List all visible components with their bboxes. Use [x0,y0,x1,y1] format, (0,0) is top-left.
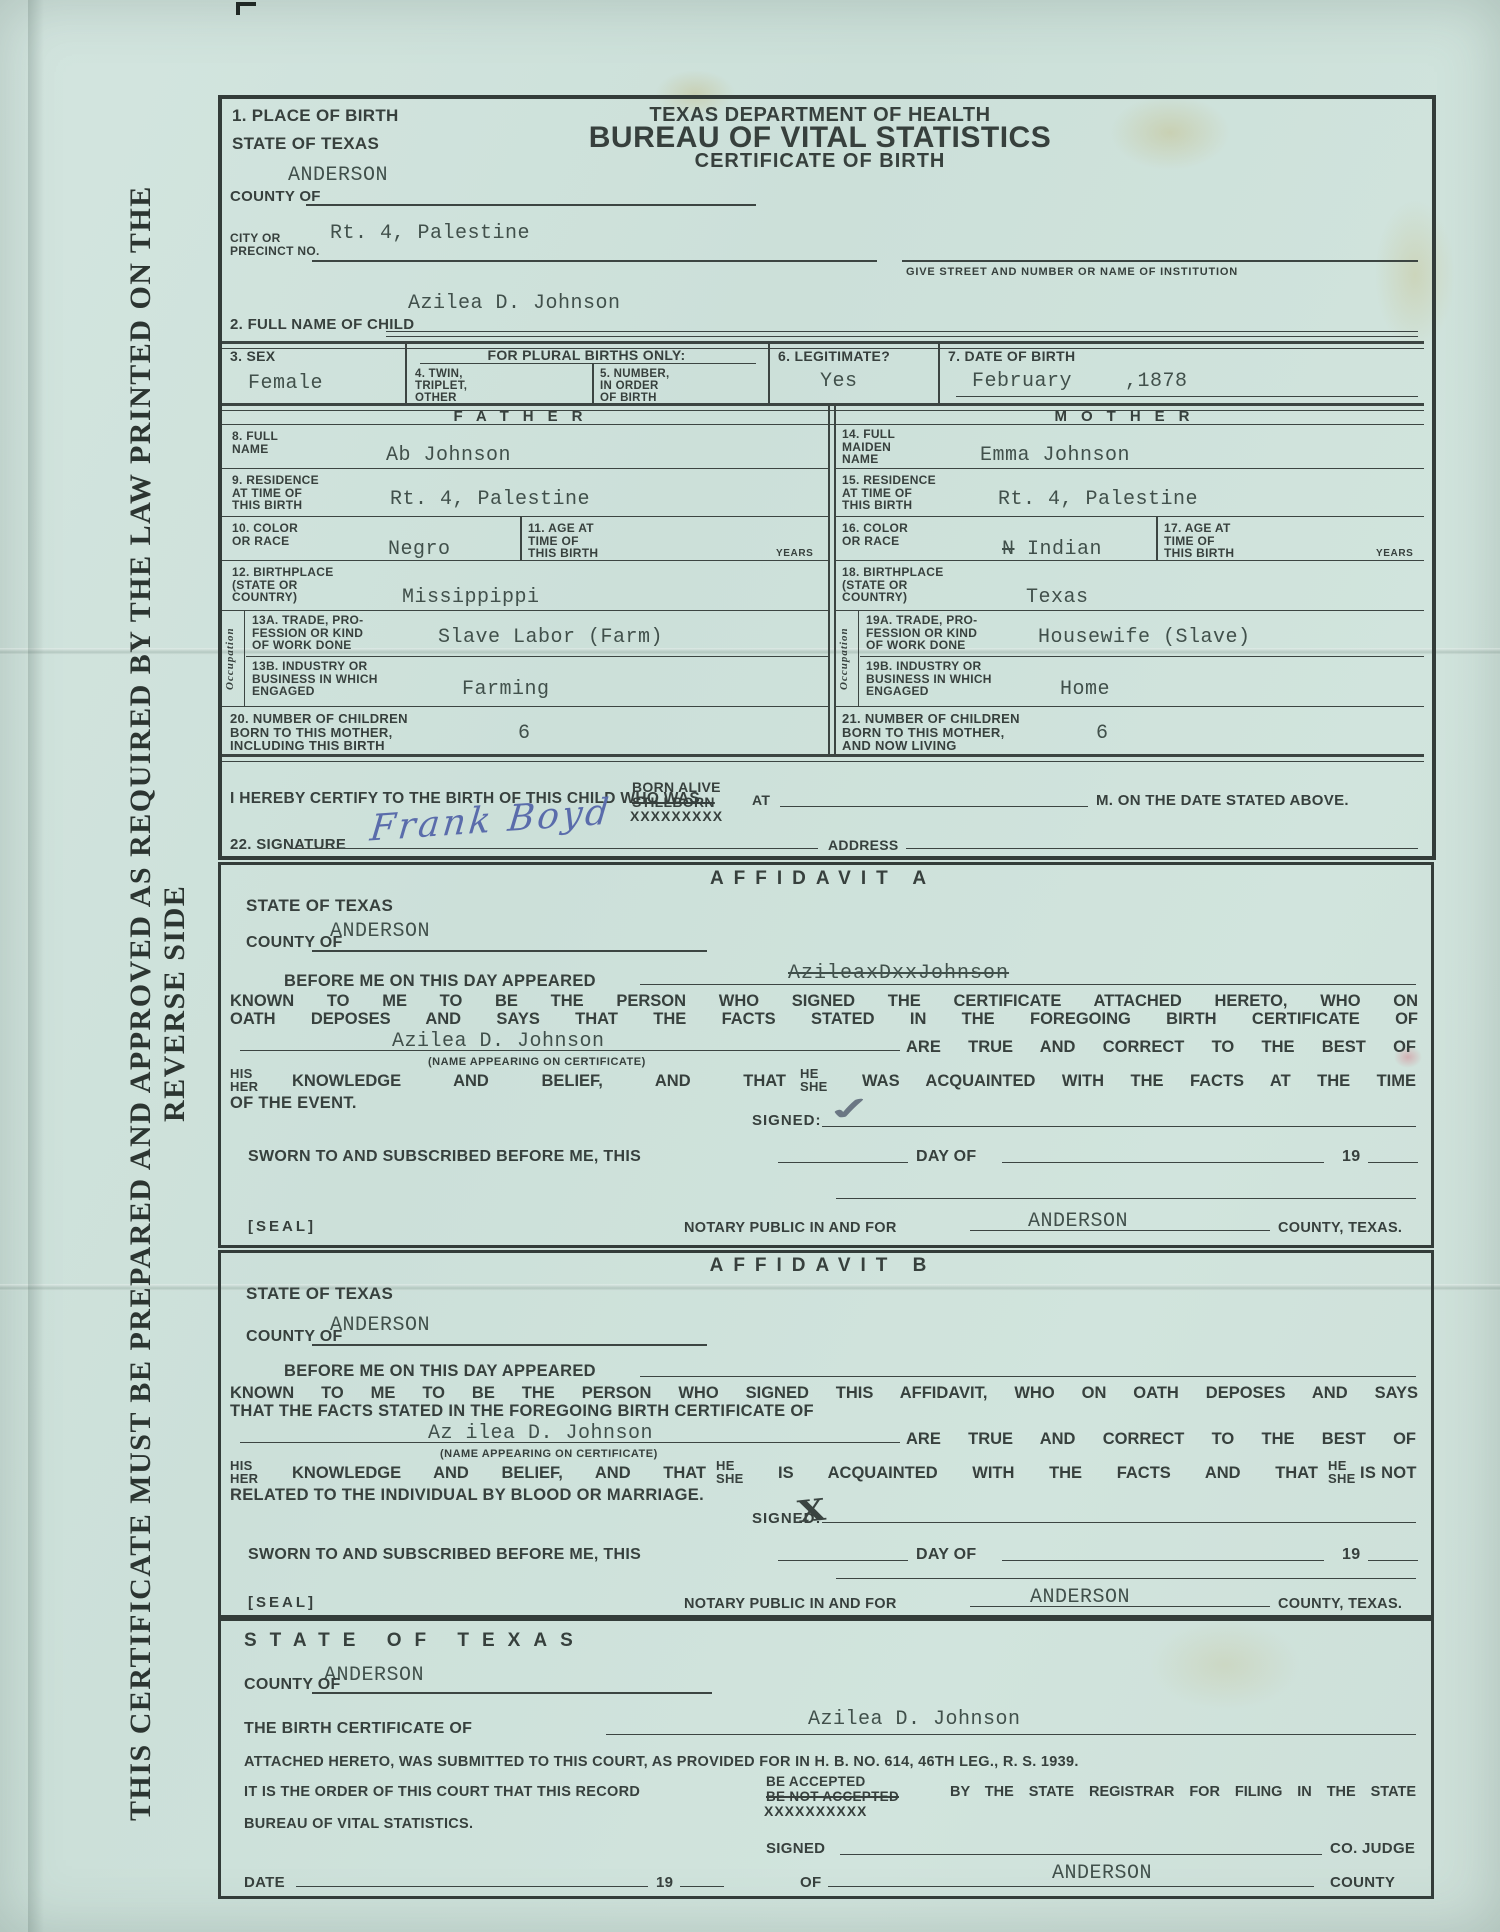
court-registrar-text: BY THE STATE REGISTRAR FOR FILING IN THE… [950,1784,1416,1800]
court-be-accepted-option: BE ACCEPTED [766,1774,866,1789]
at-label: AT [752,792,770,808]
divider-line [240,1442,900,1443]
affidavit-b-acquainted-text: IS ACQUAINTED WITH THE FACTS AND THAT [778,1464,1318,1483]
birth-certificate-scan: THIS CERTIFICATE MUST BE PREPARED AND AP… [0,0,1500,1932]
affidavit-a-sworn-text: SWORN TO AND SUBSCRIBED BEFORE ME, THIS [248,1148,641,1166]
divider-line [822,1126,1416,1127]
mother-industry-label: 19B. INDUSTRY OR BUSINESS IN WHICH ENGAG… [866,660,992,698]
scan-artifact [236,2,256,15]
divider-line [956,396,1418,397]
divider-line [1002,1560,1324,1561]
court-date-label: DATE [244,1874,285,1891]
court-co-judge-label: CO. JUDGE [1330,1840,1415,1857]
county-of-label: COUNTY OF [230,188,321,205]
divider-line [222,424,1424,425]
stillborn-strikeout-xxx: XXXXXXXXX [630,808,723,824]
affidavit-a-county-value: ANDERSON [330,920,430,943]
sex-label: 3. SEX [230,348,275,364]
affidavit-a-year-prefix: 19 [1342,1148,1360,1166]
divider-line [1156,516,1158,560]
divider-line [420,363,756,364]
affidavit-a-acquainted-text: WAS ACQUAINTED WITH THE FACTS AT THE TIM… [862,1072,1416,1091]
court-of-county-value: ANDERSON [1052,1862,1152,1885]
date-stated-label: M. ON THE DATE STATED ABOVE. [1096,792,1349,809]
affidavit-b-year-prefix: 19 [1342,1546,1360,1564]
affidavit-a-seal-label: [SEAL] [248,1218,316,1235]
affidavit-a-notary-label: NOTARY PUBLIC IN AND FOR [684,1220,897,1236]
father-name-value: Ab Johnson [386,444,511,467]
affidavit-a-title: AFFIDAVIT A [218,868,1428,890]
affidavit-b-sworn-text: SWORN TO AND SUBSCRIBED BEFORE ME, THIS [248,1546,641,1564]
affidavit-b-day-of-label: DAY OF [916,1546,977,1564]
divider-line [240,1050,900,1051]
father-age-label: 11. AGE AT TIME OF THIS BIRTH [528,522,598,560]
children-living-label: 21. NUMBER OF CHILDREN BORN TO THIS MOTH… [842,712,1020,753]
state-of-texas-label: STATE OF TEXAS [232,134,379,154]
affidavit-b-title: AFFIDAVIT B [218,1255,1428,1277]
divider-line [906,848,1418,849]
address-label: ADDRESS [828,837,899,853]
father-trade-value: Slave Labor (Farm) [438,626,663,649]
affidavit-a-appeared-label: BEFORE ME ON THIS DAY APPEARED [284,972,596,991]
divider-line [938,341,940,403]
divider-line [312,260,877,262]
affidavit-b-county-value: ANDERSON [330,1314,430,1337]
mother-age-years-label: YEARS [1376,548,1413,559]
divider-line [970,1230,1270,1231]
court-signed-label: SIGNED [766,1840,825,1857]
affidavit-b-she-label: SHE [716,1471,744,1486]
certificate-of-birth-title: CERTIFICATE OF BIRTH [520,150,1120,173]
divider-line [520,516,522,560]
affidavit-b-name-caption: (NAME APPEARING ON CERTIFICATE) [440,1448,658,1460]
court-year-prefix: 19 [656,1874,673,1891]
city-precinct-value: Rt. 4, Palestine [330,222,530,245]
father-residence-label: 9. RESIDENCE AT TIME OF THIS BIRTH [232,474,319,512]
county-value: ANDERSON [288,164,388,187]
divider-line [860,656,1424,657]
court-be-not-accepted-struck: BE NOT ACCEPTED [766,1789,899,1804]
court-state-of-texas-label: STATE OF TEXAS [244,1630,586,1652]
divider-line [834,516,1424,517]
divider-line [778,1560,908,1561]
divider-line [386,336,1418,337]
birth-order-label: 5. NUMBER, IN ORDER OF BIRTH [600,368,669,404]
father-trade-label: 13A. TRADE, PRO- FESSION OR KIND OF WORK… [252,614,363,652]
mother-residence-value: Rt. 4, Palestine [998,488,1198,511]
divider-line [822,1522,1416,1523]
court-cert-of-label: THE BIRTH CERTIFICATE OF [244,1720,472,1738]
mother-birthplace-value: Texas [1026,586,1089,609]
divider-line [222,706,828,707]
mother-race-struck-letter: N [1002,538,1015,561]
mother-race-value: N Indian [1002,538,1102,561]
twin-triplet-label: 4. TWIN, TRIPLET, OTHER [415,368,467,404]
affidavit-b-true-text: ARE TRUE AND CORRECT TO THE BEST OF [906,1430,1416,1449]
father-age-years-label: YEARS [776,548,813,559]
divider-line [222,468,828,469]
divider-line [828,1886,1314,1887]
divider-line [312,950,707,952]
date-of-birth-label: 7. DATE OF BIRTH [948,348,1075,364]
affidavit-a-body-line1: KNOWN TO ME TO BE THE PERSON WHO SIGNED … [230,992,1418,1011]
court-bureau-text: BUREAU OF VITAL STATISTICS. [244,1816,473,1832]
mother-residence-label: 15. RESIDENCE AT TIME OF THIS BIRTH [842,474,936,512]
divider-line [834,610,1424,611]
divider-line [222,610,828,611]
affidavit-b-county-texas-label: COUNTY, TEXAS. [1278,1596,1402,1612]
affidavit-b-she2-label: SHE [1328,1471,1356,1486]
mother-age-label: 17. AGE AT TIME OF THIS BIRTH [1164,522,1234,560]
father-name-label: 8. FULL NAME [232,430,278,456]
father-birthplace-value: Missippippi [402,586,540,609]
divider-line [312,1692,712,1694]
divider-line [1368,1560,1418,1561]
affidavit-a-body-line2: OATH DEPOSES AND SAYS THAT THE FACTS STA… [230,1010,1418,1029]
street-hint-label: GIVE STREET AND NUMBER OR NAME OF INSTIT… [906,266,1238,278]
court-attached-text: ATTACHED HERETO, WAS SUBMITTED TO THIS C… [244,1754,1079,1770]
mother-trade-value: Housewife (Slave) [1038,626,1251,649]
divider-line [592,363,594,403]
affidavit-b-seal-label: [SEAL] [248,1594,316,1611]
court-accepted-strikeout-xxx: XXXXXXXXXX [764,1803,867,1819]
affidavit-a-state-label: STATE OF TEXAS [246,896,393,916]
divider-line [606,1734,1416,1735]
divider-line [834,560,1424,561]
legitimate-value: Yes [820,370,858,393]
divider-line [246,656,828,657]
mother-name-label: 14. FULL MAIDEN NAME [842,428,895,466]
affidavit-b-state-label: STATE OF TEXAS [246,1284,393,1304]
plural-births-label: FOR PLURAL BIRTHS ONLY: [405,347,768,363]
divider-line [640,984,1416,985]
mother-occupation-side-label: Occupation [838,612,856,706]
court-cert-name-value: Azilea D. Johnson [808,1708,1021,1731]
children-living-value: 6 [1096,722,1109,745]
mother-name-value: Emma Johnson [980,444,1130,467]
divider-line [296,1886,648,1887]
pen-check-mark: ✓ [822,1090,879,1128]
mother-trade-label: 19A. TRADE, PRO- FESSION OR KIND OF WORK… [866,614,977,652]
affidavit-a-name-caption: (NAME APPEARING ON CERTIFICATE) [428,1056,646,1068]
father-residence-value: Rt. 4, Palestine [390,488,590,511]
affidavit-a-signed-label: SIGNED: [752,1112,822,1129]
divider-line [640,1376,1416,1377]
father-industry-label: 13B. INDUSTRY OR BUSINESS IN WHICH ENGAG… [252,660,378,698]
affidavit-a-knowledge-text: KNOWLEDGE AND BELIEF, AND THAT [292,1072,786,1091]
divider-line [834,468,1424,469]
city-precinct-label: CITY OR PRECINCT NO. [230,232,320,258]
divider-line [836,1198,1416,1199]
affidavit-a-day-of-label: DAY OF [916,1148,977,1166]
affidavit-a-her-label: HER [230,1079,258,1094]
divider-line [828,403,836,756]
father-birthplace-label: 12. BIRTHPLACE (STATE OR COUNTRY) [232,566,334,604]
birth-month-value: February [972,370,1072,393]
divider-line [244,610,245,706]
divider-line [780,806,1088,807]
divider-line [1002,1162,1324,1163]
affidavit-a-of-event-text: OF THE EVENT. [230,1094,357,1113]
fold-shadow [28,0,44,1932]
affidavit-b-is-not-text: IS NOT [1360,1464,1417,1483]
affidavit-a-true-text: ARE TRUE AND CORRECT TO THE BEST OF [906,1038,1416,1057]
affidavit-b-notary-label: NOTARY PUBLIC IN AND FOR [684,1596,897,1612]
mother-race-text: Indian [1027,538,1102,561]
children-total-label: 20. NUMBER OF CHILDREN BORN TO THIS MOTH… [230,712,408,753]
divider-line [778,1162,908,1163]
affidavit-b-body-line1: KNOWN TO ME TO BE THE PERSON WHO SIGNED … [230,1384,1418,1403]
father-occupation-side-label: Occupation [224,612,242,706]
divider-line [386,331,1418,332]
divider-line [840,1854,1322,1855]
divider-line [222,754,1424,762]
divider-line [970,1606,1270,1607]
signature-label: 22. SIGNATURE [230,836,346,853]
affidavit-a-she-label: SHE [800,1079,828,1094]
side-note: THIS CERTIFICATE MUST BE PREPARED AND AP… [124,118,174,1888]
divider-line [222,560,828,561]
divider-line [306,204,756,206]
father-race-value: Negro [388,538,451,561]
children-total-value: 6 [518,722,531,745]
affidavit-a-appeared-struck-name: AzileaxDxxJohnson [788,962,1009,985]
divider-line [858,610,859,706]
divider-line [1368,1162,1418,1163]
place-of-birth-label: 1. PLACE OF BIRTH [232,106,399,126]
divider-line [768,341,770,403]
divider-line [836,1578,1416,1579]
born-alive-option: BORN ALIVE [632,779,721,795]
father-race-label: 10. COLOR OR RACE [232,522,298,547]
father-column-header: FATHER [222,408,828,425]
court-order-text: IT IS THE ORDER OF THIS COURT THAT THIS … [244,1784,640,1800]
mother-industry-value: Home [1060,678,1110,701]
divider-line [680,1886,724,1887]
court-of-label: OF [800,1874,821,1891]
affidavit-a-county-texas-label: COUNTY, TEXAS. [1278,1220,1402,1236]
pen-x-mark: X [796,1493,827,1531]
affidavit-b-body-line2: THAT THE FACTS STATED IN THE FOREGOING B… [230,1402,814,1421]
mother-race-label: 16. COLOR OR RACE [842,522,908,547]
divider-line [312,1344,707,1346]
affidavit-b-her-label: HER [230,1471,258,1486]
father-industry-value: Farming [462,678,550,701]
divider-line [902,260,1418,262]
affidavit-b-related-text: RELATED TO THE INDIVIDUAL BY BLOOD OR MA… [230,1486,704,1505]
divider-line [292,848,818,849]
divider-line [834,706,1424,707]
affidavit-b-knowledge-text: KNOWLEDGE AND BELIEF, AND THAT [292,1464,706,1483]
child-name-value: Azilea D. Johnson [408,292,621,315]
divider-line [222,516,828,517]
mother-birthplace-label: 18. BIRTHPLACE (STATE OR COUNTRY) [842,566,944,604]
court-county-word-label: COUNTY [1330,1874,1395,1891]
legitimate-label: 6. LEGITIMATE? [778,348,890,364]
sex-value: Female [248,372,323,395]
birth-year-value: ,1878 [1125,370,1188,393]
affidavit-b-appeared-label: BEFORE ME ON THIS DAY APPEARED [284,1362,596,1381]
mother-column-header: MOTHER [834,408,1424,425]
